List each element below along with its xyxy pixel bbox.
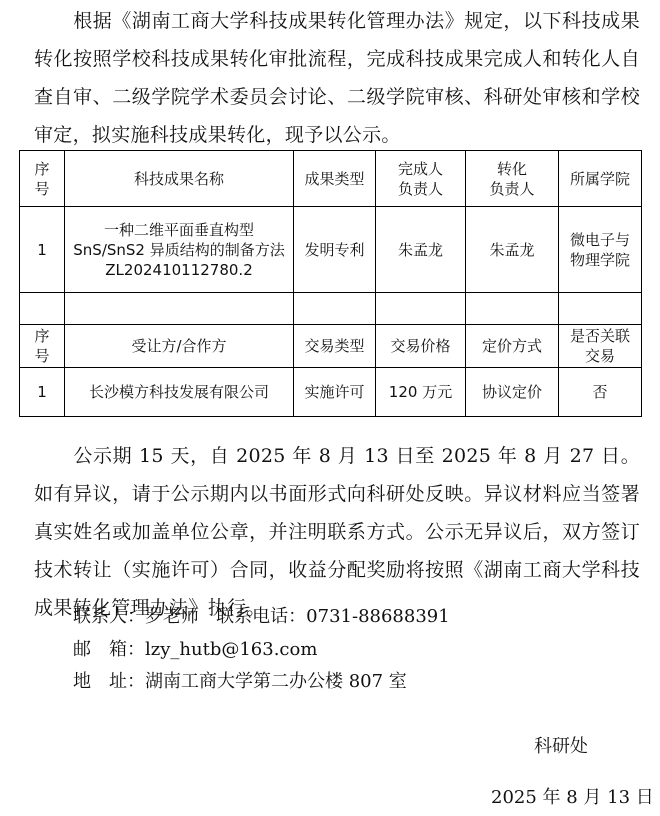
contact-phone-label: 联系电话： — [216, 606, 306, 627]
transaction-header-row: 序号 受让方/合作方 交易类型 交易价格 定价方式 是否关联交易 — [20, 325, 642, 368]
contact-person-label: 联系人： — [73, 606, 145, 627]
header-transfer-lead: 转化负责人 — [466, 151, 559, 207]
header-partner: 受让方/合作方 — [65, 325, 294, 368]
contact-person: 罗老师 — [145, 606, 199, 627]
header-college: 所属学院 — [559, 151, 642, 207]
contact-email-line: 邮 箱：lzy_hutb@163.com — [73, 638, 317, 662]
cell-transfer-lead: 朱孟龙 — [466, 207, 559, 293]
notice-text: 公示期 15 天，自 2025 年 8 月 13 日至 2025 年 8 月 2… — [34, 445, 640, 619]
header-related: 是否关联交易 — [559, 325, 642, 368]
cell-achievement-type: 发明专利 — [294, 207, 376, 293]
notice-paragraph: 公示期 15 天，自 2025 年 8 月 13 日至 2025 年 8 月 2… — [34, 437, 640, 627]
header-index: 序号 — [20, 151, 65, 207]
achievement-header-row: 序号 科技成果名称 成果类型 完成人负责人 转化负责人 所属学院 — [20, 151, 642, 207]
contact-phone: 0731-88688391 — [306, 606, 450, 627]
cell-index-2: 1 — [20, 368, 65, 417]
cell-pricing-method: 协议定价 — [466, 368, 559, 417]
signature-org: 科研处 — [534, 735, 588, 759]
intro-paragraph: 根据《湖南工商大学科技成果转化管理办法》规定，以下科技成果转化按照学校科技成果转… — [34, 2, 640, 154]
intro-text: 根据《湖南工商大学科技成果转化管理办法》规定，以下科技成果转化按照学校科技成果转… — [34, 10, 640, 146]
cell-related: 否 — [559, 368, 642, 417]
cell-achievement-name: 一种二维平面垂直构型 SnS/SnS2 异质结构的制备方法 ZL20241011… — [65, 207, 294, 293]
contact-email: lzy_hutb@163.com — [145, 639, 317, 660]
contact-email-label: 邮 箱： — [73, 639, 145, 660]
header-price: 交易价格 — [376, 325, 466, 368]
cell-partner: 长沙模方科技发展有限公司 — [65, 368, 294, 417]
publicity-table: 序号 科技成果名称 成果类型 完成人负责人 转化负责人 所属学院 1 一种二维平… — [19, 150, 642, 417]
header-pricing-method: 定价方式 — [466, 325, 559, 368]
contact-address: 湖南工商大学第二办公楼 807 室 — [145, 671, 407, 692]
contact-address-label: 地 址： — [73, 671, 145, 692]
cell-completer: 朱孟龙 — [376, 207, 466, 293]
cell-college: 微电子与 物理学院 — [559, 207, 642, 293]
header-achievement-name: 科技成果名称 — [65, 151, 294, 207]
header-achievement-type: 成果类型 — [294, 151, 376, 207]
signature-date: 2025 年 8 月 13 日 — [491, 786, 654, 810]
cell-price: 120 万元 — [376, 368, 466, 417]
contact-person-line: 联系人：罗老师 联系电话：0731-88688391 — [73, 605, 450, 629]
header-index-2: 序号 — [20, 325, 65, 368]
cell-index: 1 — [20, 207, 65, 293]
cell-trade-type: 实施许可 — [294, 368, 376, 417]
achievement-row: 1 一种二维平面垂直构型 SnS/SnS2 异质结构的制备方法 ZL202410… — [20, 207, 642, 293]
contact-address-line: 地 址：湖南工商大学第二办公楼 807 室 — [73, 670, 407, 694]
header-completer: 完成人负责人 — [376, 151, 466, 207]
header-trade-type: 交易类型 — [294, 325, 376, 368]
spacer-row — [20, 293, 642, 325]
transaction-row: 1 长沙模方科技发展有限公司 实施许可 120 万元 协议定价 否 — [20, 368, 642, 417]
